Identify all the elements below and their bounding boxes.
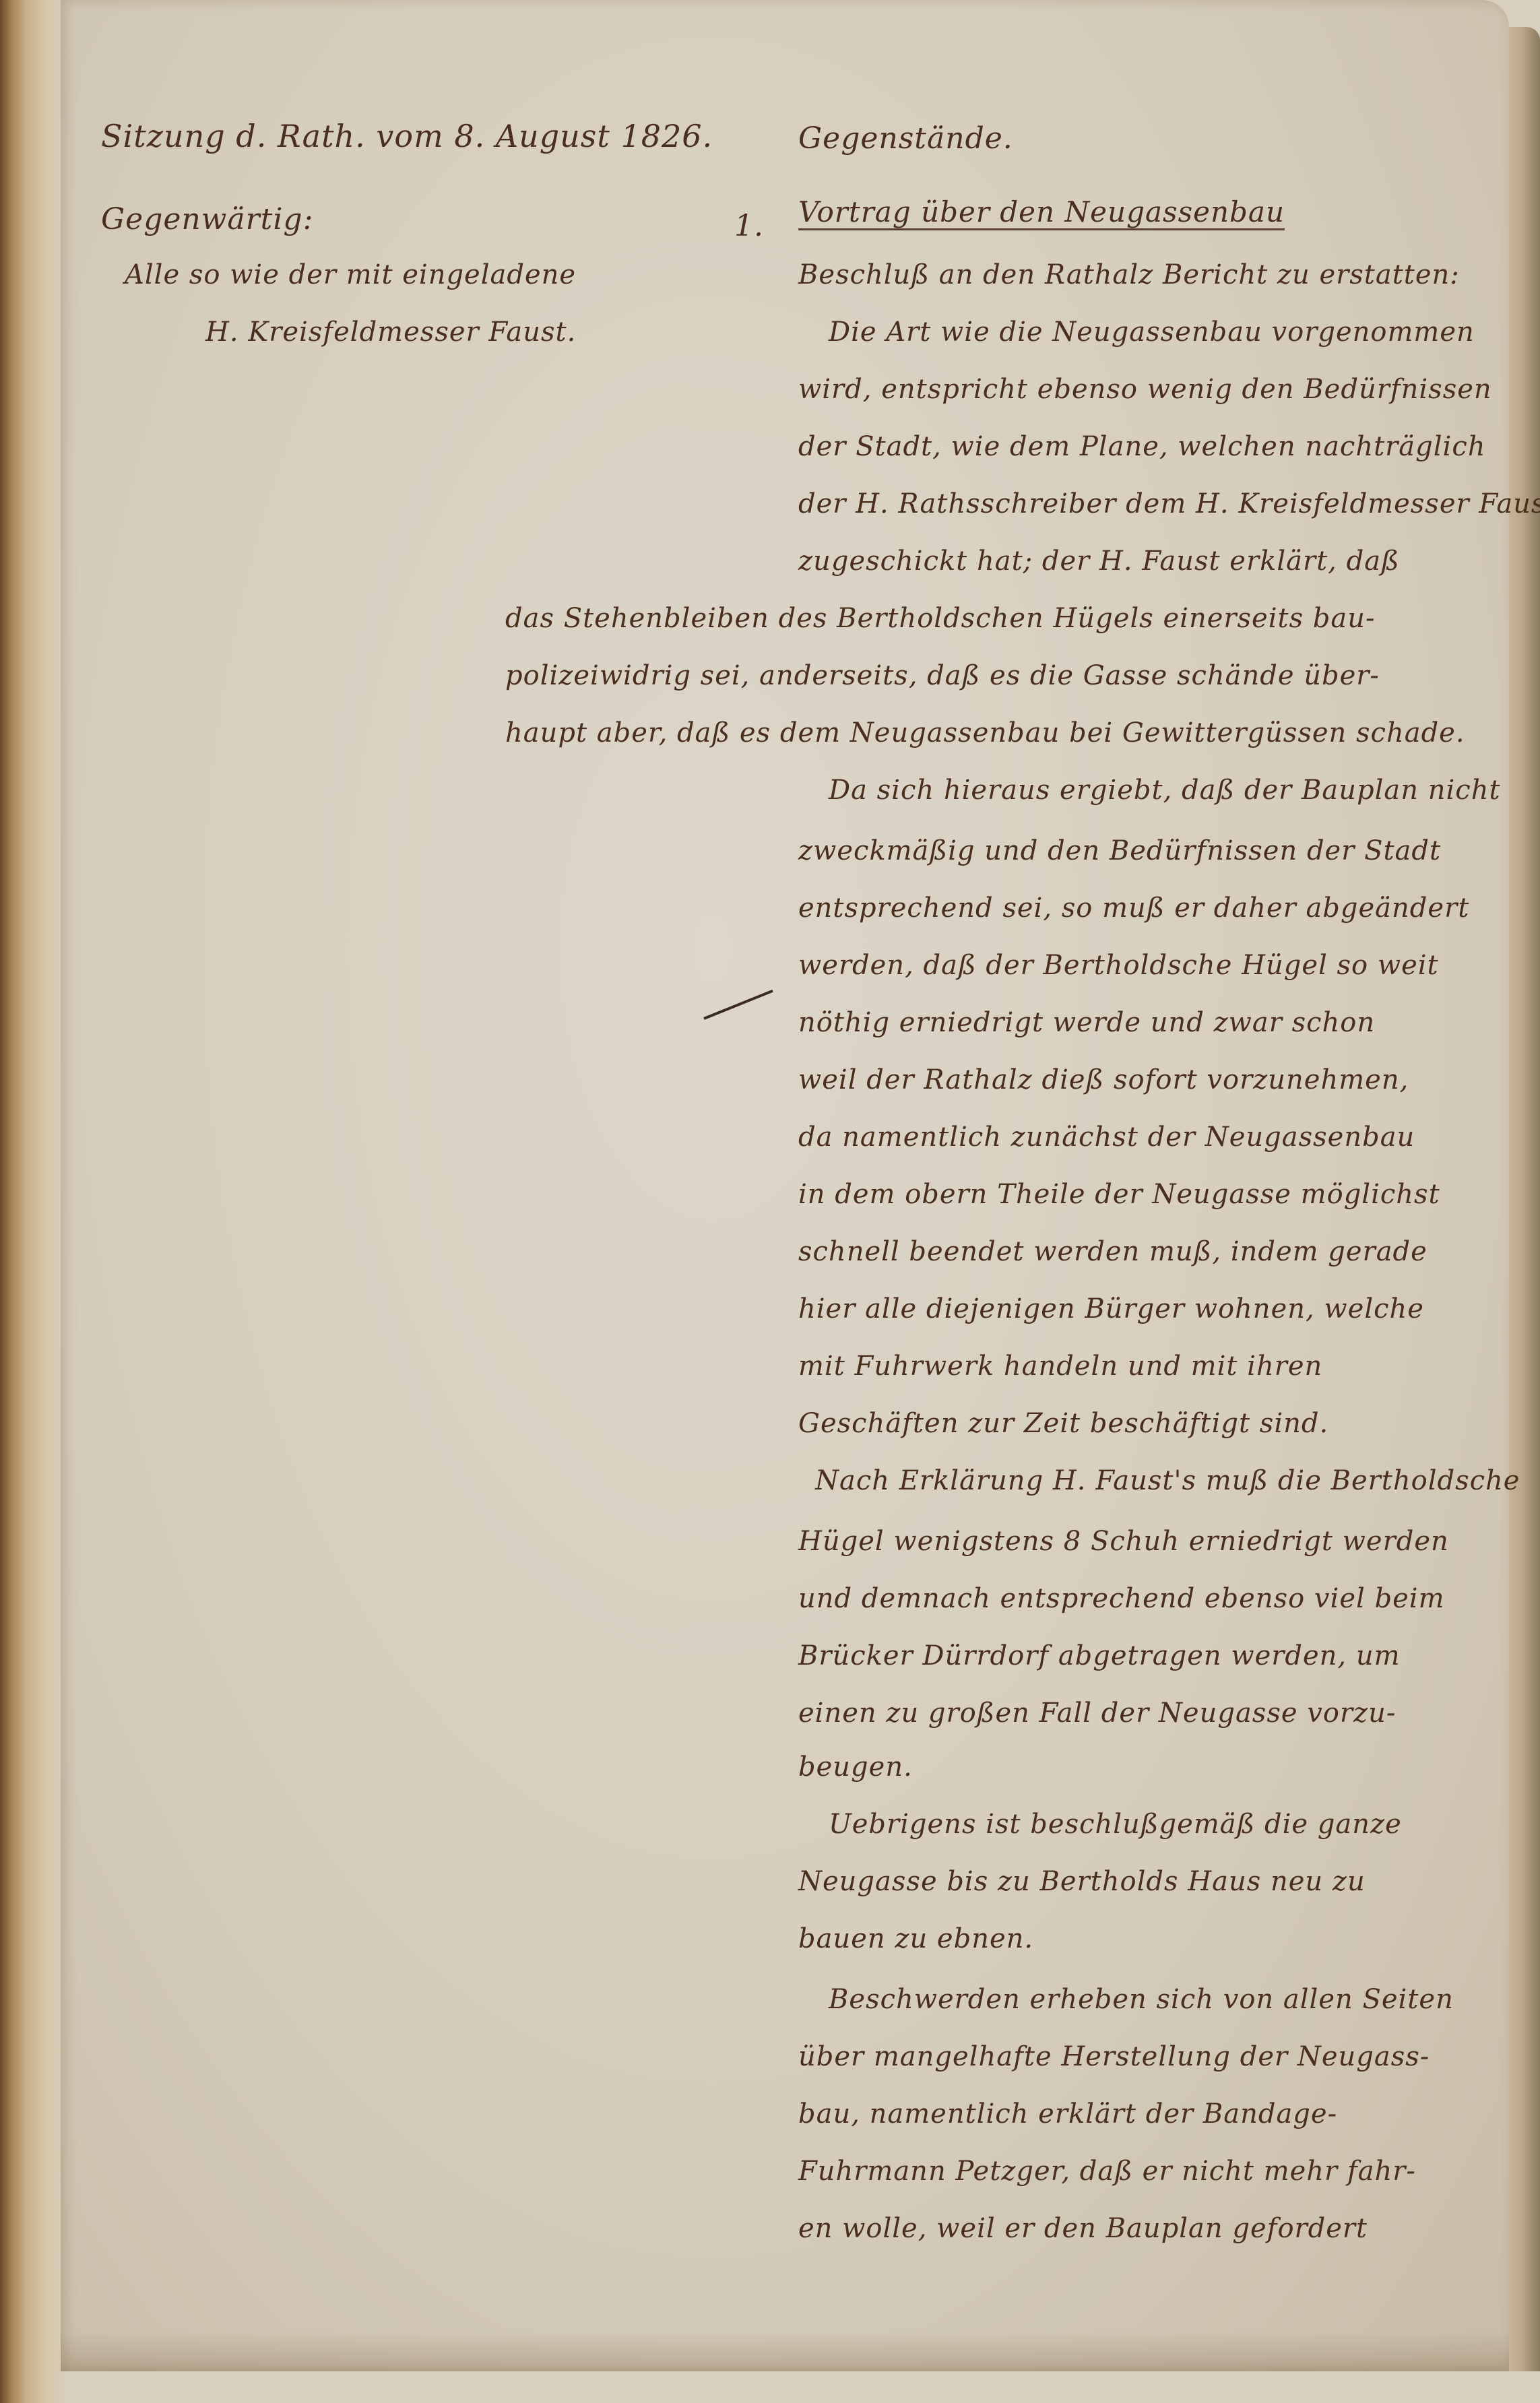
session-heading-text: Sitzung d. Rath. vom 8. August 1826.	[101, 118, 713, 154]
paragraph-3-line: weil der Rathalz dieß sofort vorzunehmen…	[798, 1064, 1409, 1095]
paragraph-2-line: polizeiwidrig sei, anderseits, daß es di…	[505, 660, 1380, 691]
paragraph-3-line: nöthig erniedrigt werde und zwar schon	[798, 1007, 1375, 1038]
margin-pen-stroke	[703, 990, 773, 1020]
paragraph-3-line: Geschäften zur Zeit beschäftigt sind.	[798, 1408, 1328, 1439]
session-heading: Sitzung d. Rath. vom 8. August 1826.	[101, 118, 713, 154]
paragraph-6-line: en wolle, weil er den Bauplan gefordert	[798, 2213, 1368, 2244]
paragraph-5-line: Neugasse bis zu Bertholds Haus neu zu	[798, 1866, 1366, 1897]
paragraph-2-line: haupt aber, daß es dem Neugassenbau bei …	[505, 717, 1465, 748]
paragraph-6-line: Beschwerden erheben sich von allen Seite…	[829, 1984, 1454, 2015]
present-line-1-text: Alle so wie der mit eingeladene	[125, 259, 576, 290]
paragraph-4-line: und demnach entsprechend ebenso viel bei…	[798, 1583, 1445, 1614]
item-title-line-2: Beschluß an den Rathalz Bericht zu ersta…	[798, 259, 1460, 290]
paragraph-2-line: das Stehenbleiben des Bertholdschen Hüge…	[505, 603, 1376, 634]
paragraph-4-line: Nach Erklärung H. Faust's muß die Bertho…	[815, 1465, 1520, 1496]
item-number: 1.	[734, 209, 764, 243]
paragraph-1-line: Die Art wie die Neugassenbau vorgenommen	[829, 317, 1475, 348]
paragraph-1-line: wird, entspricht ebenso wenig den Bedürf…	[798, 374, 1492, 405]
paragraph-6-line: über mangelhafte Herstellung der Neugass…	[798, 2041, 1430, 2072]
paragraph-3-line: hier alle diejenigen Bürger wohnen, welc…	[798, 1293, 1424, 1324]
paragraph-5-line: bauen zu ebnen.	[798, 1923, 1033, 1954]
paragraph-4-line: beugen.	[798, 1752, 913, 1783]
present-label: Gegenwärtig:	[101, 202, 313, 236]
item-title-line-1: Vortrag über den Neugassenbau	[798, 195, 1285, 228]
paragraph-4-line: Hügel wenigstens 8 Schuh erniedrigt werd…	[798, 1526, 1449, 1557]
paragraph-1-line: der H. Rathsschreiber dem H. Kreisfeldme…	[798, 488, 1540, 519]
paragraph-6-line: bau, namentlich erklärt der Bandage-	[798, 2098, 1337, 2129]
paragraph-1-line: zugeschickt hat; der H. Faust erklärt, d…	[798, 546, 1400, 577]
paragraph-3-line: entsprechend sei, so muß er daher abgeän…	[798, 893, 1469, 924]
paragraph-3-line: in dem obern Theile der Neugasse möglich…	[798, 1179, 1440, 1210]
paragraph-1-line: der Stadt, wie dem Plane, welchen nachtr…	[798, 431, 1486, 462]
paragraph-3-line: da namentlich zunächst der Neugassenbau	[798, 1122, 1415, 1153]
paragraph-3-line: zweckmäßig und den Bedürfnissen der Stad…	[798, 835, 1441, 866]
present-line-2: H. Kreisfeldmesser Faust.	[205, 317, 576, 348]
paragraph-4-line: einen zu großen Fall der Neugasse vorzu-	[798, 1698, 1396, 1729]
paragraph-3-line: Da sich hieraus ergiebt, daß der Bauplan…	[829, 775, 1501, 806]
paragraph-5-line: Uebrigens ist beschlußgemäß die ganze	[829, 1809, 1402, 1840]
paragraph-4-line: Brücker Dürrdorf abgetragen werden, um	[798, 1640, 1401, 1671]
subject-label: Gegenstände.	[798, 121, 1013, 156]
paragraph-3-line: mit Fuhrwerk handeln und mit ihren	[798, 1351, 1322, 1382]
manuscript-page: Sitzung d. Rath. vom 8. August 1826. Geg…	[61, 0, 1509, 2371]
present-line-1: Alle so wie der mit eingeladene	[125, 259, 576, 290]
paragraph-3-line: schnell beendet werden muß, indem gerade	[798, 1236, 1427, 1267]
paragraph-3-line: werden, daß der Bertholdsche Hügel so we…	[798, 950, 1439, 981]
paragraph-6-line: Fuhrmann Petzger, daß er nicht mehr fahr…	[798, 2156, 1416, 2187]
